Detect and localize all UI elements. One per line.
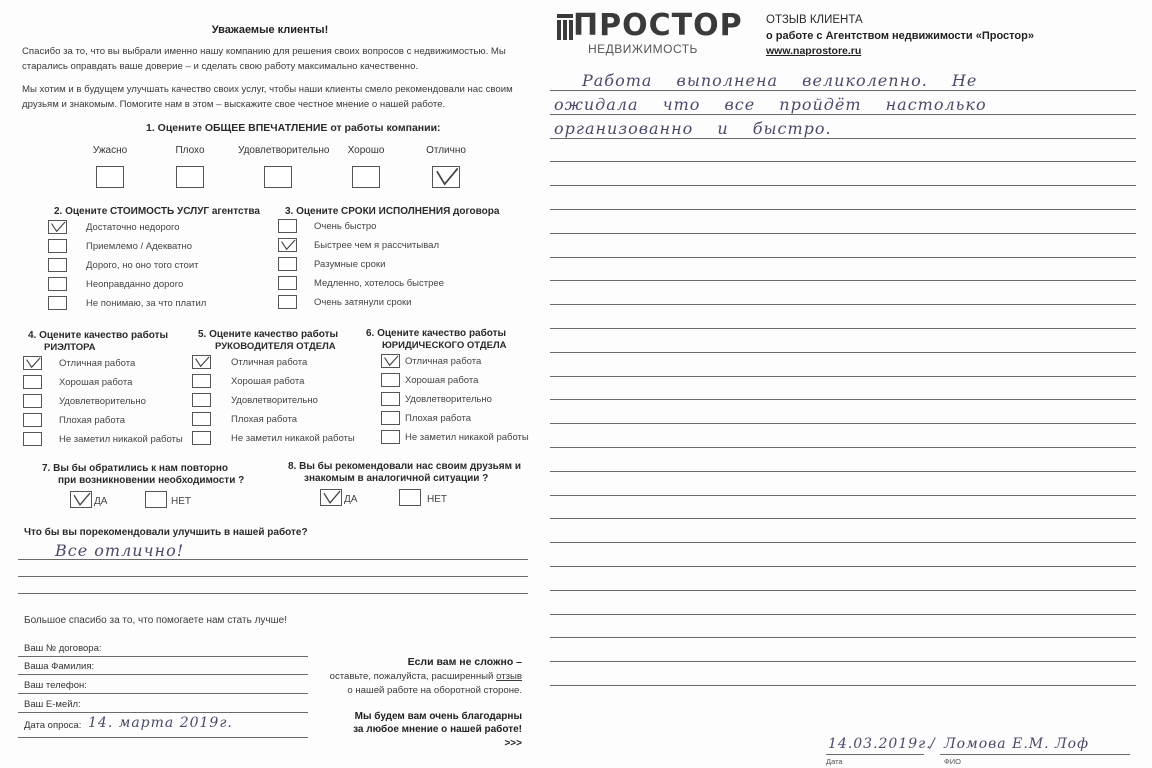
- review-line: [550, 185, 1136, 186]
- q2-title: 2. Оцените СТОИМОСТЬ УСЛУГ агентства: [54, 206, 260, 218]
- q6-option-5-checkbox[interactable]: [381, 430, 400, 444]
- q4-option-4-checkbox[interactable]: [23, 413, 42, 427]
- review-header-title: ОТЗЫВ КЛИЕНТА: [766, 14, 863, 26]
- review-line: [550, 399, 1136, 400]
- field-label-2: Ваша Фамилия:: [24, 661, 94, 672]
- q1-option-label: Ужасно: [70, 145, 150, 156]
- logo-building-icon: [557, 14, 573, 40]
- q6-option-3-checkbox[interactable]: [381, 392, 400, 406]
- side-note-line-4: Мы будем вам очень благодарны: [300, 711, 522, 722]
- q5-title-2: РУКОВОДИТЕЛЯ ОТДЕЛА: [215, 341, 336, 353]
- field-label-3: Ваш телефон:: [24, 680, 87, 691]
- review-line: [550, 233, 1136, 234]
- q7-title-1: 7. Вы бы обратились к нам повторно: [42, 463, 228, 475]
- q2-option-3-checkbox[interactable]: [48, 258, 67, 272]
- q7-no-label: НЕТ: [171, 496, 191, 507]
- checkmark-icon: [71, 492, 91, 507]
- q2-option-1-checkbox[interactable]: [48, 220, 67, 234]
- review-line: [550, 637, 1136, 638]
- q7-yes-checkbox[interactable]: [70, 491, 92, 508]
- q2-option-label: Приемлемо / Адекватно: [86, 241, 192, 252]
- q2-option-label: Достаточно недорого: [86, 222, 180, 233]
- answer-line: [18, 559, 528, 560]
- q1-option-label: Удовлетворительно: [238, 145, 318, 156]
- q4-option-label: Отличная работа: [59, 358, 135, 369]
- q2-option-label: Дорого, но оно того стоит: [86, 260, 198, 271]
- review-text-line-3[interactable]: организованно и быстро.: [554, 119, 832, 138]
- review-line: [550, 90, 1136, 91]
- review-line: [550, 495, 1136, 496]
- q8-title-2: знакомым в аналогичной ситуации ?: [304, 473, 488, 485]
- review-line: [550, 209, 1136, 210]
- q1-option-label: Плохо: [150, 145, 230, 156]
- q1-option-5-checkbox[interactable]: [432, 166, 460, 188]
- review-line: [550, 138, 1136, 139]
- q3-option-4-checkbox[interactable]: [278, 276, 297, 290]
- q3-option-label: Быстрее чем я рассчитывал: [314, 240, 439, 251]
- signature-date[interactable]: 14.03.2019г.: [828, 736, 932, 752]
- review-line: [550, 566, 1136, 567]
- q8-yes-label: ДА: [344, 494, 357, 505]
- q3-title: 3. Оцените СРОКИ ИСПОЛНЕНИЯ договора: [285, 206, 499, 218]
- q6-option-4-checkbox[interactable]: [381, 411, 400, 425]
- improvement-question: Что бы вы порекомендовали улучшить в наш…: [24, 527, 308, 539]
- checkmark-icon: [382, 355, 399, 367]
- company-website-link[interactable]: www.naprostore.ru: [766, 45, 861, 57]
- field-label-5: Дата опроса:: [24, 720, 81, 731]
- q5-option-3-checkbox[interactable]: [192, 393, 211, 407]
- q5-option-1-checkbox[interactable]: [192, 355, 211, 369]
- q1-option-3-checkbox[interactable]: [264, 166, 292, 188]
- q6-option-label: Хорошая работа: [405, 375, 478, 386]
- q2-option-label: Не понимаю, за что платил: [86, 298, 206, 309]
- review-line: [550, 542, 1136, 543]
- review-line: [550, 590, 1136, 591]
- side-note-line-1: Если вам не сложно –: [300, 656, 522, 668]
- q8-title-1: 8. Вы бы рекомендовали нас своим друзьям…: [288, 461, 521, 473]
- review-line: [550, 328, 1136, 329]
- review-text-line-1[interactable]: Работа выполнена великолепно. Не: [582, 71, 977, 90]
- q4-option-2-checkbox[interactable]: [23, 375, 42, 389]
- review-line: [550, 280, 1136, 281]
- q2-option-4-checkbox[interactable]: [48, 277, 67, 291]
- q2-option-2-checkbox[interactable]: [48, 239, 67, 253]
- q6-option-2-checkbox[interactable]: [381, 373, 400, 387]
- q5-option-label: Не заметил никакой работы: [231, 433, 355, 444]
- review-line: [550, 471, 1136, 472]
- field-line: [18, 693, 308, 694]
- side-note-line-2-text: оставьте, пожалуйста, расширенный: [330, 671, 496, 682]
- q3-option-3-checkbox[interactable]: [278, 257, 297, 271]
- q7-yes-label: ДА: [94, 496, 107, 507]
- improvement-answer[interactable]: Все отлично!: [55, 541, 184, 560]
- logo-subtitle: НЕДВИЖИМОСТЬ: [588, 42, 698, 56]
- review-link[interactable]: отзыв: [496, 671, 522, 682]
- review-line: [550, 352, 1136, 353]
- checkmark-icon: [49, 221, 66, 233]
- q1-option-1-checkbox[interactable]: [96, 166, 124, 188]
- q3-option-1-checkbox[interactable]: [278, 219, 297, 233]
- q3-option-5-checkbox[interactable]: [278, 295, 297, 309]
- thanks-text: Большое спасибо за то, что помогаете нам…: [24, 614, 287, 627]
- q6-option-1-checkbox[interactable]: [381, 354, 400, 368]
- checkmark-icon: [321, 490, 341, 505]
- field-value-5[interactable]: 14. марта 2019г.: [88, 715, 233, 731]
- signature-name[interactable]: Ломова Е.М. Лоф: [944, 736, 1089, 752]
- review-line: [550, 257, 1136, 258]
- q2-option-label: Неоправданно дорого: [86, 279, 183, 290]
- review-line: [550, 161, 1136, 162]
- q4-option-label: Хорошая работа: [59, 377, 132, 388]
- field-line: [18, 656, 308, 657]
- q7-title-2: при возникновении необходимости ?: [58, 475, 244, 487]
- q1-title: 1. Оцените ОБЩЕЕ ВПЕЧАТЛЕНИЕ от работы к…: [146, 122, 441, 134]
- q8-yes-checkbox[interactable]: [320, 489, 342, 506]
- signature-separator: /: [930, 736, 936, 752]
- field-label-1: Ваш № договора:: [24, 643, 102, 654]
- review-text-line-2[interactable]: ожидала что все пройдёт настолько: [554, 95, 987, 114]
- review-line: [550, 447, 1136, 448]
- q6-title-2: ЮРИДИЧЕСКОГО ОТДЕЛА: [382, 340, 507, 352]
- review-line: [550, 304, 1136, 305]
- side-note-line-2: оставьте, пожалуйста, расширенный отзыв: [300, 670, 522, 683]
- checkmark-icon: [24, 357, 41, 369]
- q4-option-label: Плохая работа: [59, 415, 125, 426]
- logo-text: ПРОСТОР: [573, 9, 743, 43]
- date-label: Дата: [826, 757, 843, 766]
- q5-title-1: 5. Оцените качество работы: [198, 329, 338, 341]
- q4-option-label: Удовлетворительно: [59, 396, 146, 407]
- q6-option-label: Отличная работа: [405, 356, 481, 367]
- q8-no-checkbox[interactable]: [399, 489, 421, 506]
- q4-option-5-checkbox[interactable]: [23, 432, 42, 446]
- intro-paragraph-1: Спасибо за то, что вы выбрали именно наш…: [22, 44, 517, 74]
- field-label-4: Ваш Е-мейл:: [24, 699, 81, 710]
- answer-line: [18, 576, 528, 577]
- q5-option-label: Отличная работа: [231, 357, 307, 368]
- continue-arrows: >>>: [300, 738, 522, 749]
- checkmark-icon: [433, 167, 459, 187]
- q4-title-2: РИЭЛТОРА: [44, 342, 96, 354]
- q1-option-label: Отлично: [406, 145, 486, 156]
- q2-option-5-checkbox[interactable]: [48, 296, 67, 310]
- field-line: [18, 674, 308, 675]
- q5-option-2-checkbox[interactable]: [192, 374, 211, 388]
- field-line: [18, 737, 308, 738]
- q6-option-label: Не заметил никакой работы: [405, 432, 529, 443]
- q5-option-4-checkbox[interactable]: [192, 412, 211, 426]
- review-line: [550, 423, 1136, 424]
- q3-option-label: Очень быстро: [314, 221, 376, 232]
- q7-no-checkbox[interactable]: [145, 491, 167, 508]
- q3-option-label: Разумные сроки: [314, 259, 385, 270]
- answer-line: [18, 593, 528, 594]
- name-label: ФИО: [944, 757, 961, 766]
- review-line: [550, 518, 1136, 519]
- q4-option-1-checkbox[interactable]: [23, 356, 42, 370]
- q1-option-2-checkbox[interactable]: [176, 166, 204, 188]
- side-note-line-5: за любое мнение о нашей работе!: [300, 724, 522, 735]
- review-header-subtitle: о работе с Агентством недвижимости «Прос…: [766, 30, 1034, 42]
- date-line: [826, 754, 924, 755]
- checkmark-icon: [193, 356, 210, 368]
- checkmark-icon: [279, 239, 296, 251]
- name-line: [940, 754, 1130, 755]
- q3-option-label: Медленно, хотелось быстрее: [314, 278, 444, 289]
- review-line: [550, 614, 1136, 615]
- q6-option-label: Плохая работа: [405, 413, 471, 424]
- side-note-line-3: о нашей работе на оборотной стороне.: [300, 684, 522, 697]
- q4-option-3-checkbox[interactable]: [23, 394, 42, 408]
- q6-title-1: 6. Оцените качество работы: [366, 328, 506, 340]
- field-line: [18, 712, 308, 713]
- review-line: [550, 376, 1136, 377]
- q3-option-label: Очень затянули сроки: [314, 297, 411, 308]
- review-line: [550, 685, 1136, 686]
- review-line: [550, 661, 1136, 662]
- review-line: [550, 114, 1136, 115]
- q8-no-label: НЕТ: [427, 494, 447, 505]
- q1-option-4-checkbox[interactable]: [352, 166, 380, 188]
- q5-option-label: Плохая работа: [231, 414, 297, 425]
- q5-option-label: Хорошая работа: [231, 376, 304, 387]
- q1-option-label: Хорошо: [326, 145, 406, 156]
- greeting-title: Уважаемые клиенты!: [0, 24, 540, 36]
- q5-option-label: Удовлетворительно: [231, 395, 318, 406]
- intro-paragraph-2: Мы хотим и в будущем улучшать качество с…: [22, 82, 517, 112]
- q4-option-label: Не заметил никакой работы: [59, 434, 183, 445]
- q5-option-5-checkbox[interactable]: [192, 431, 211, 445]
- q3-option-2-checkbox[interactable]: [278, 238, 297, 252]
- q6-option-label: Удовлетворительно: [405, 394, 492, 405]
- q4-title-1: 4. Оцените качество работы: [28, 330, 168, 342]
